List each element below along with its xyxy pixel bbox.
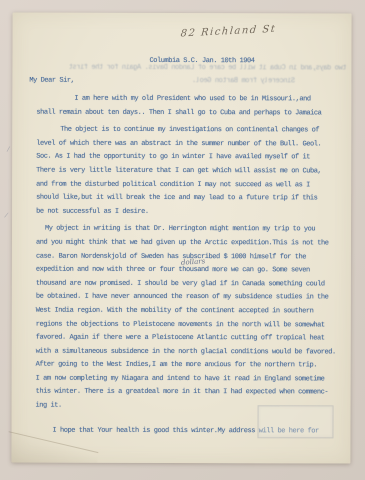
typed-line: thousand are now promised. I should be v… <box>36 277 341 291</box>
typed-line: regions the objections to Pleistocene mo… <box>36 318 341 332</box>
handwritten-address-note: 82 Richland St <box>180 24 277 40</box>
salutation: My Dear Sir, <box>29 75 74 89</box>
typed-line: After going to the West Indies,I am the … <box>36 359 341 373</box>
typed-line: I am now completing my Niagara and inten… <box>36 372 341 386</box>
typed-line: this winter. There is a greatdeal more i… <box>36 386 341 400</box>
paragraph: My object in writing is that Dr. Herring… <box>36 223 341 414</box>
scanned-letter-page: 82 Richland St Columbia S.C. Jan. 10th 1… <box>0 0 365 480</box>
typed-line: The object is to continue my investigati… <box>36 124 341 138</box>
letter-paper: 82 Richland St Columbia S.C. Jan. 10th 1… <box>11 13 351 464</box>
paper-fold-shading <box>11 433 97 463</box>
typed-line: be not successful as I desire. <box>36 205 341 219</box>
letter-body: I am here with my old President who used… <box>36 93 342 418</box>
typed-line: There is very little literature that I c… <box>36 165 341 179</box>
handwritten-insertion: dollars <box>181 257 206 267</box>
ink-offset-ghost-text: Sincerely from Barton Geol. <box>192 77 295 85</box>
typed-line: and you might think that we had given up… <box>36 237 341 251</box>
faint-stamp-outline <box>257 405 333 438</box>
paragraph: I am here with my old President who used… <box>36 93 341 121</box>
paragraph: The object is to continue my investigati… <box>36 124 341 220</box>
margin-pencil-mark: / <box>3 212 9 221</box>
typed-line: should like,but it will break the ice an… <box>36 192 341 206</box>
typed-line: level of which there was an abstract in … <box>36 137 341 151</box>
typed-line: favored. Again if there were a Pleistoce… <box>36 332 341 346</box>
typed-line: I am here with my old President who used… <box>36 93 341 107</box>
typed-line: be obtained. I have never announced the … <box>36 291 341 305</box>
ink-offset-ghost-text: two days,and in Cuba it will be care of … <box>20 64 346 73</box>
typed-line: My object in writing is that Dr. Herring… <box>36 223 341 237</box>
typed-line: shall remain about ten days.. Then I sha… <box>36 106 341 120</box>
typed-line: and from the disturbed political conditi… <box>36 178 341 192</box>
typed-line: West India region. With the mobility of … <box>36 305 341 319</box>
typed-line: Soc. As I had the opportunity to go in w… <box>36 151 341 165</box>
typed-line: with a simultaneous subsidence in the no… <box>36 345 341 359</box>
margin-pencil-mark: / <box>6 147 10 155</box>
